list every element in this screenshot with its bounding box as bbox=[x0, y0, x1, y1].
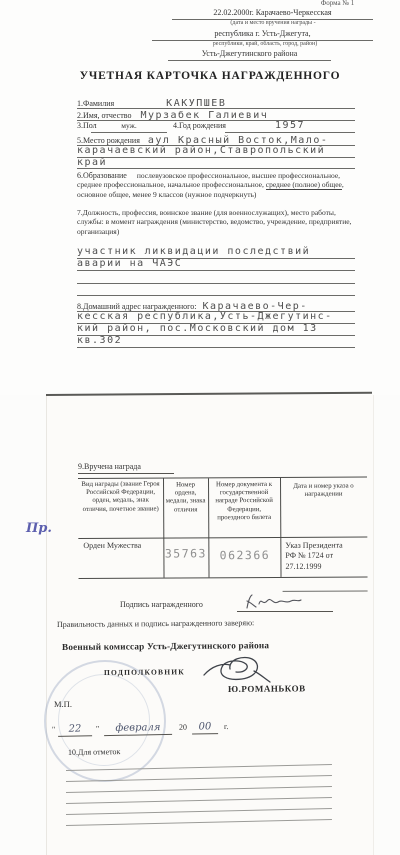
education-paragraph: 6.Образованиепослевузовское профессионал… bbox=[77, 171, 359, 199]
date-open-quote: " bbox=[52, 725, 55, 734]
birthplace-label: 5.Место рождения bbox=[77, 136, 140, 145]
issued-date-place-line: 22.02.2000г. Карачаево-Черкесская bbox=[172, 6, 373, 20]
page-1: Форма № 1 22.02.2000г. Карачаево-Черкесс… bbox=[0, 0, 400, 395]
birth-year-label: 4.Год рождения bbox=[173, 121, 226, 130]
date-day: 22 bbox=[58, 722, 92, 737]
date-close-quote: " bbox=[96, 724, 99, 733]
surname-label: 1.Фамилия bbox=[77, 99, 114, 108]
page-title: УЧЕТНАЯ КАРТОЧКА НАГРАЖДЕННОГО bbox=[50, 70, 370, 82]
table-header-award-type: Вид награды (звание Героя Российской Фед… bbox=[80, 481, 161, 514]
field-sex-year-row: 3.Пол муж. 4.Год рождения 1957 bbox=[77, 120, 355, 133]
awardee-signature-label: Подпись награжденного bbox=[120, 600, 203, 609]
blank-line bbox=[77, 284, 355, 296]
blank-line bbox=[77, 272, 355, 284]
position-value-2: аварии на ЧАЭС bbox=[77, 258, 355, 271]
table-header-document-number: Номер документа к государственной наград… bbox=[210, 481, 278, 522]
education-selected: среднее (полное) общее bbox=[266, 180, 342, 190]
margin-note: Пр. bbox=[26, 521, 52, 536]
date-century: 20 bbox=[179, 723, 187, 732]
order-number-cell: 35763 bbox=[163, 546, 208, 560]
sex-value: муж. bbox=[91, 120, 167, 133]
awardee-signature bbox=[243, 592, 303, 612]
award-table: Вид награды (звание Героя Российской Фед… bbox=[78, 476, 368, 579]
commissar-name: Ю.РОМАНЬКОВ bbox=[228, 683, 306, 694]
name-label: 2.Имя, отчество bbox=[77, 111, 131, 120]
date-month: февраля bbox=[104, 721, 172, 736]
decree-cell: Указ Президента РФ № 1724 от 27.12.1999 bbox=[285, 541, 343, 572]
issued-district-line: Усть-Джегутинского района bbox=[168, 47, 331, 61]
commissar-rank: ПОДПОЛКОВНИК bbox=[104, 667, 185, 677]
date-year: 00 bbox=[192, 720, 218, 734]
address-value-4: кв.302 bbox=[77, 335, 355, 348]
award-section-label: 9.Вручена награда bbox=[78, 462, 174, 474]
education-label: 6.Образование bbox=[77, 171, 127, 180]
position-paragraph: 7.Должность, профессия, воинское звание … bbox=[77, 208, 359, 236]
scanned-award-card: Форма № 1 22.02.2000г. Карачаево-Черкесс… bbox=[0, 0, 400, 855]
table-header-divider bbox=[78, 536, 367, 539]
stamp-place-label: М.П. bbox=[54, 699, 72, 709]
document-number-cell: 062366 bbox=[209, 548, 280, 562]
table-header-order-number: Номер ордена, медали, знака отличия bbox=[165, 481, 206, 514]
award-name-cell: Орден Мужества bbox=[83, 541, 143, 551]
table-header-decree: Дата и номер указа о награждении bbox=[282, 482, 365, 499]
birth-year-value: 1957 bbox=[225, 120, 355, 133]
issued-caption-1: (дата и место вручения награды - bbox=[180, 20, 366, 26]
issued-republic-line: республика г. Усть-Джегута, bbox=[152, 27, 373, 41]
birthplace-value-3: край bbox=[77, 157, 355, 169]
date-year-suffix: г. bbox=[224, 722, 229, 731]
notes-section-label: 10.Для отметок bbox=[68, 747, 121, 757]
address-label: 8.Домашний адрес награжденного: bbox=[77, 302, 196, 311]
